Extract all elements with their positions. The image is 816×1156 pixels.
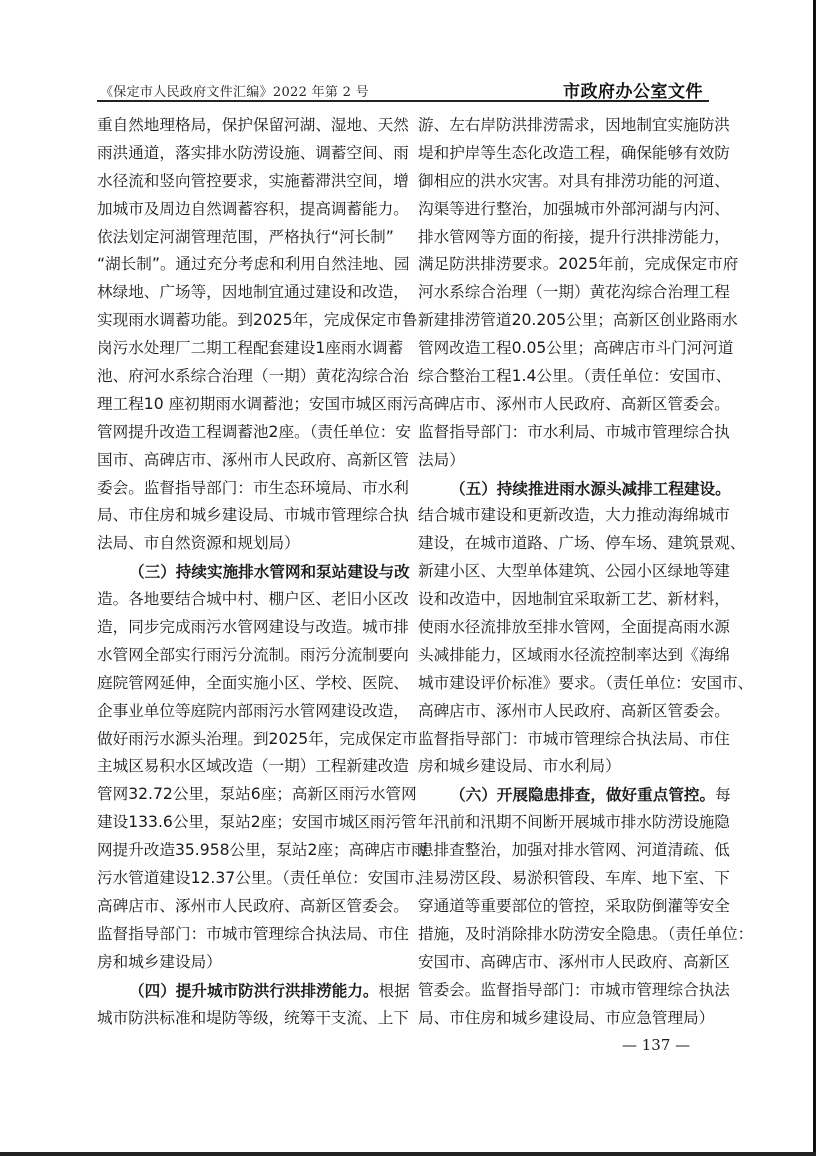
- body-text-line: 重自然地理格局，保护保留河湖、湿地、天然: [97, 112, 393, 140]
- body-text-line: 造，同步完成雨污水管网建设与改造。城市排: [97, 614, 393, 642]
- section-heading: （三）持续实施排水管网和泵站建设与改: [97, 558, 393, 586]
- body-text-line: 城市建设评价标准》要求。（责任单位：安国市、: [418, 670, 714, 698]
- header-rule: [97, 100, 709, 102]
- heading-text: （五）持续推进雨水源头减排工程建设。: [450, 479, 731, 498]
- heading-tail-text: 根据: [379, 982, 410, 1000]
- section-heading: （六）开展隐患排查，做好重点管控。每: [418, 781, 714, 809]
- body-text-line: 堤和护岸等生态化改造工程，确保能够有效防: [418, 140, 714, 168]
- body-text-line: 监督指导部门：市城市管理综合执法局、市住: [418, 726, 714, 754]
- body-text-line: 房和城乡建设局、市水利局）: [418, 753, 714, 781]
- body-text-line: 管委会。监督指导部门：市城市管理综合执法: [418, 977, 714, 1005]
- body-text-line: 河水系综合治理（一期）黄花沟综合治理工程: [418, 279, 714, 307]
- right-column: 游、左右岸防洪排涝需求，因地制宜实施防洪堤和护岸等生态化改造工程，确保能够有效防…: [418, 112, 714, 1032]
- body-text-line: 雨洪通道，落实排水防涝设施、调蓄空间、雨: [97, 140, 393, 168]
- body-text-line: 委会。监督指导部门：市生态环境局、市水利: [97, 475, 393, 503]
- body-text-line: 建设，在城市道路、广场、停车场、建筑景观、: [418, 530, 714, 558]
- body-text-line: 监督指导部门：市城市管理综合执法局、市住: [97, 921, 393, 949]
- body-text-line: 主城区易积水区域改造（一期）工程新建改造: [97, 753, 393, 781]
- section-heading: （五）持续推进雨水源头减排工程建设。: [418, 475, 714, 503]
- heading-text: （三）持续实施排水管网和泵站建设与改: [129, 562, 410, 581]
- body-text-line: 高碑店市、涿州市人民政府、高新区管委会。: [418, 391, 714, 419]
- body-text-line: 使雨水径流排放至排水管网，全面提高雨水源: [418, 614, 714, 642]
- body-text-line: 水径流和竖向管控要求，实施蓄滞洪空间，增: [97, 168, 393, 196]
- body-text-line: 法局）: [418, 447, 714, 475]
- body-text-line: 岗污水处理厂二期工程配套建设1座雨水调蓄: [97, 335, 393, 363]
- heading-tail-text: 每: [715, 786, 731, 804]
- body-text-line: 患排查整治，加强对排水管网、河道清疏、低: [418, 837, 714, 865]
- body-text-line: 年汛前和汛期不间断开展城市排水防涝设施隐: [418, 809, 714, 837]
- body-text-line: 池、府河水系综合治理（一期）黄花沟综合治: [97, 363, 393, 391]
- heading-text: （六）开展隐患排查，做好重点管控。: [450, 785, 715, 804]
- publication-title: 《保定市人民政府文件汇编》2022 年第 2 号: [100, 81, 369, 100]
- body-text-line: 局、市住房和城乡建设局、市应急管理局）: [418, 1005, 714, 1033]
- body-text-line: 措施，及时消除排水防涝安全隐患。（责任单位：: [418, 921, 714, 949]
- body-text-line: 监督指导部门：市水利局、市城市管理综合执: [418, 419, 714, 447]
- body-text-line: 加城市及周边自然调蓄容积，提高调蓄能力。: [97, 196, 393, 224]
- body-text-line: 网提升改造35.958公里，泵站2座；高碑店市雨: [97, 837, 393, 865]
- body-text-line: 城市防洪标准和堤防等级，统筹干支流、上下: [97, 1005, 393, 1033]
- scan-edge-bottom: [0, 1152, 816, 1156]
- body-text-line: 头减排能力，区域雨水径流控制率达到《海绵: [418, 642, 714, 670]
- body-text-line: 企事业单位等庭院内部雨污水管网建设改造，: [97, 698, 393, 726]
- body-text-line: 污水管道建设12.37公里。（责任单位：安国市、: [97, 865, 393, 893]
- body-text-line: 御相应的洪水灾害。对具有排涝功能的河道、: [418, 168, 714, 196]
- section-title: 市政府办公室文件: [563, 77, 703, 102]
- body-text-line: 结合城市建设和更新改造，大力推动海绵城市: [418, 502, 714, 530]
- body-text-line: 排水管网等方面的衔接，提升行洪排涝能力，: [418, 224, 714, 252]
- body-text-line: 管网改造工程0.05公里；高碑店市斗门河河道: [418, 335, 714, 363]
- body-text-line: 理工程10 座初期雨水调蓄池；安国市城区雨污: [97, 391, 393, 419]
- heading-text: （四）提升城市防洪行洪排涝能力。: [129, 981, 379, 1000]
- body-text-line: 实现雨水调蓄功能。到2025年，完成保定市鲁: [97, 307, 393, 335]
- page-number: — 137 —: [622, 1036, 690, 1054]
- body-text-line: 做好雨污水源头治理。到2025年，完成保定市: [97, 726, 393, 754]
- body-text-line: 管网32.72公里，泵站6座；高新区雨污水管网: [97, 781, 393, 809]
- body-text-line: 新建小区、大型单体建筑、公园小区绿地等建: [418, 558, 714, 586]
- body-text-line: 洼易涝区段、易淤积管段、车库、地下室、下: [418, 865, 714, 893]
- body-text-line: “湖长制”。通过充分考虑和利用自然洼地、园: [97, 251, 393, 279]
- body-text-line: 设和改造中，因地制宜采取新工艺、新材料，: [418, 586, 714, 614]
- body-text-line: 安国市、高碑店市、涿州市人民政府、高新区: [418, 949, 714, 977]
- body-text-line: 造。各地要结合城中村、棚户区、老旧小区改: [97, 586, 393, 614]
- body-text-line: 高碑店市、涿州市人民政府、高新区管委会。: [97, 893, 393, 921]
- body-text-line: 沟渠等进行整治，加强城市外部河湖与内河、: [418, 196, 714, 224]
- body-text-line: 满足防洪排涝要求。2025年前，完成保定市府: [418, 251, 714, 279]
- running-header: 《保定市人民政府文件汇编》2022 年第 2 号 市政府办公室文件: [97, 76, 709, 100]
- body-text-line: 综合整治工程1.4公里。（责任单位：安国市、: [418, 363, 714, 391]
- body-text-line: 法局、市自然资源和规划局）: [97, 530, 393, 558]
- section-heading: （四）提升城市防洪行洪排涝能力。根据: [97, 977, 393, 1005]
- body-text-line: 高碑店市、涿州市人民政府、高新区管委会。: [418, 698, 714, 726]
- body-text-line: 房和城乡建设局）: [97, 949, 393, 977]
- left-column: 重自然地理格局，保护保留河湖、湿地、天然雨洪通道，落实排水防涝设施、调蓄空间、雨…: [97, 112, 393, 1032]
- body-text-line: 局、市住房和城乡建设局、市城市管理综合执: [97, 502, 393, 530]
- body-text-line: 游、左右岸防洪排涝需求，因地制宜实施防洪: [418, 112, 714, 140]
- body-text-line: 依法划定河湖管理范围，严格执行“河长制”: [97, 224, 393, 252]
- body-text-line: 庭院管网延伸，全面实施小区、学校、医院、: [97, 670, 393, 698]
- body-text-line: 穿通道等重要部位的管控，采取防倒灌等安全: [418, 893, 714, 921]
- body-text-line: 管网提升改造工程调蓄池2座。（责任单位：安: [97, 419, 393, 447]
- body-text-line: 林绿地、广场等，因地制宜通过建设和改造，: [97, 279, 393, 307]
- body-text-line: 水管网全部实行雨污分流制。雨污分流制要向: [97, 642, 393, 670]
- body-text-line: 国市、高碑店市、涿州市人民政府、高新区管: [97, 447, 393, 475]
- body-text-line: 建设133.6公里，泵站2座；安国市城区雨污管: [97, 809, 393, 837]
- body-text-line: 新建排涝管道20.205公里；高新区创业路雨水: [418, 307, 714, 335]
